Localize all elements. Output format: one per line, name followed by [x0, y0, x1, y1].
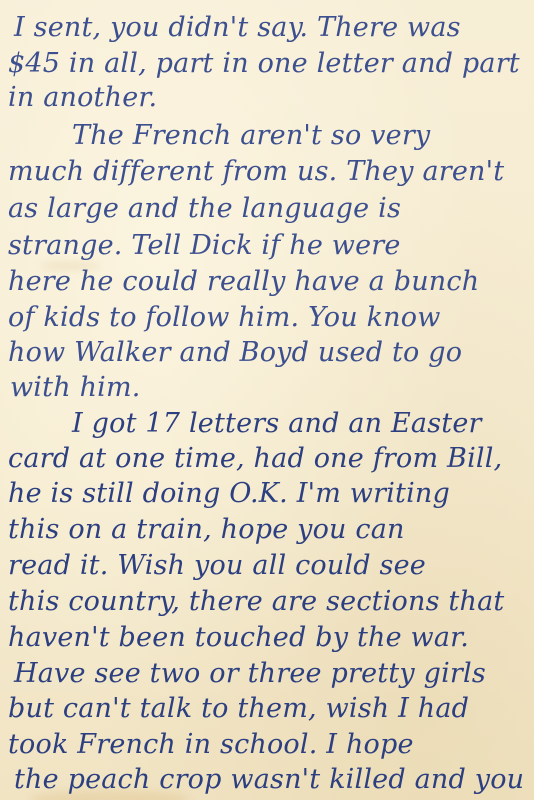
- letter-line: $45 in all, part in one letter and part: [8, 48, 520, 79]
- letter-line: as large and the language is: [8, 193, 401, 224]
- letter-line: but can't talk to them, wish I had: [8, 693, 469, 724]
- letter-line: the peach crop wasn't killed and you: [14, 764, 524, 795]
- letter-line: with him.: [10, 372, 141, 403]
- letter-line: I got 17 letters and an Easter: [72, 408, 482, 439]
- letter-line: this on a train, hope you can: [8, 514, 405, 545]
- letter-line: here he could really have a bunch: [8, 266, 479, 297]
- letter-line: of kids to follow him. You know: [8, 302, 441, 333]
- letter-line: haven't been touched by the war.: [8, 622, 469, 653]
- letter-line: strange. Tell Dick if he were: [8, 230, 401, 261]
- letter-line: Have see two or three pretty girls: [14, 658, 486, 689]
- letter-line: I sent, you didn't say. There was: [14, 12, 461, 43]
- handwritten-letter-body: I sent, you didn't say. There was $45 in…: [0, 0, 534, 800]
- letter-line: The French aren't so very: [72, 120, 430, 151]
- letter-line: read it. Wish you all could see: [8, 550, 426, 581]
- letter-line: this country, there are sections that: [8, 586, 504, 617]
- letter-line: took French in school. I hope: [8, 729, 414, 760]
- letter-line: card at one time, had one from Bill,: [8, 443, 502, 474]
- letter-line: he is still doing O.K. I'm writing: [8, 478, 450, 509]
- letter-line: much different from us. They aren't: [8, 156, 504, 187]
- letter-page: I sent, you didn't say. There was $45 in…: [0, 0, 534, 800]
- letter-line: in another.: [8, 82, 157, 113]
- letter-line: how Walker and Boyd used to go: [8, 337, 462, 368]
